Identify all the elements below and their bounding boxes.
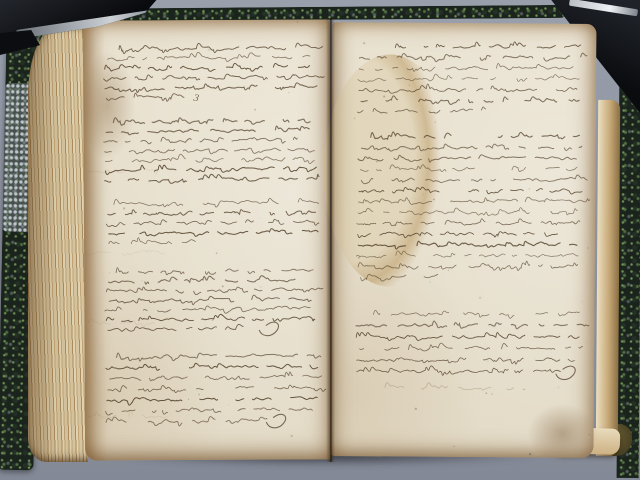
handwriting-line xyxy=(361,143,581,152)
handwriting-line xyxy=(556,366,575,380)
mount-arm-highlight xyxy=(568,0,638,16)
handwriting-line xyxy=(104,137,311,145)
foxing-speck xyxy=(358,257,360,259)
foxing-speck xyxy=(144,58,146,60)
handwriting-line xyxy=(361,173,587,185)
foxing-speck xyxy=(529,453,531,455)
foxing-speck xyxy=(529,188,531,190)
foxing-speck xyxy=(253,90,254,91)
foxing-speck xyxy=(208,49,210,51)
handwriting-line xyxy=(105,148,315,155)
foxing-speck xyxy=(123,207,125,209)
foxing-speck xyxy=(188,399,189,400)
handwriting-line xyxy=(88,318,154,327)
handwriting-line xyxy=(385,383,525,391)
foxing-speck xyxy=(448,270,450,272)
page-stack-fore-edge-left xyxy=(28,26,88,462)
foxing-speck xyxy=(141,280,144,283)
handwriting-line xyxy=(109,228,324,236)
handwriting-line xyxy=(361,274,438,282)
foxing-speck xyxy=(376,161,378,163)
book-cover-right xyxy=(617,72,640,478)
handwriting-right-page xyxy=(329,22,596,458)
foxing-speck xyxy=(183,319,184,320)
foxing-speck xyxy=(260,218,261,219)
handwriting-line xyxy=(109,275,313,284)
foxing-speck xyxy=(422,194,424,196)
handwriting-line xyxy=(113,117,314,125)
handwriting-line xyxy=(106,93,187,102)
foxing-speck xyxy=(441,122,442,123)
handwriting-line xyxy=(104,74,325,82)
handwriting-line xyxy=(359,62,578,72)
handwriting-line xyxy=(108,324,264,331)
foxing-speck xyxy=(122,359,124,361)
foxing-speck xyxy=(198,394,200,396)
foxing-speck xyxy=(209,304,210,305)
handwriting-line xyxy=(105,174,319,184)
foxing-speck xyxy=(291,435,293,437)
handwriting-line xyxy=(105,305,310,314)
handwriting-line xyxy=(106,416,272,426)
foxing-speck xyxy=(288,92,289,93)
page-block-fore-edge-right xyxy=(596,100,620,456)
foxing-speck xyxy=(483,145,484,146)
foxing-speck xyxy=(485,392,487,394)
foxing-speck xyxy=(383,95,385,97)
handwriting-line xyxy=(356,251,578,260)
handwriting-line xyxy=(359,52,587,63)
foxing-speck xyxy=(226,48,227,49)
foxing-speck xyxy=(283,50,285,52)
handwriting-line xyxy=(373,310,579,319)
handwriting-line xyxy=(119,43,325,54)
handwriting-line xyxy=(359,187,582,195)
handwriting-line xyxy=(361,96,579,106)
foxing-speck xyxy=(453,446,454,447)
handwriting-line xyxy=(106,363,318,371)
handwriting-line xyxy=(106,126,313,135)
foxing-speck xyxy=(254,109,256,111)
foxing-speck xyxy=(147,222,149,224)
foxing-speck xyxy=(491,393,493,395)
foxing-speck xyxy=(587,247,589,249)
handwriting-line xyxy=(86,250,165,256)
handwriting-left-page xyxy=(83,19,331,460)
book-gutter xyxy=(326,18,335,462)
foxing-speck xyxy=(228,404,229,405)
handwriting-line xyxy=(105,83,317,93)
handwriting-line xyxy=(358,240,577,250)
handwriting-line xyxy=(358,260,577,271)
foxing-speck xyxy=(293,357,294,358)
foxing-speck xyxy=(297,21,298,22)
handwriting-line xyxy=(259,322,278,336)
left-page: 3 xyxy=(83,19,331,460)
right-page xyxy=(329,22,596,458)
foxing-speck xyxy=(415,408,417,410)
foxing-speck xyxy=(363,42,365,44)
handwriting-line xyxy=(357,218,580,228)
foxing-speck xyxy=(211,319,213,321)
foxing-speck xyxy=(114,326,116,328)
handwriting-line xyxy=(358,154,577,163)
handwriting-line xyxy=(359,196,590,206)
handwriting-line xyxy=(358,73,579,83)
foxing-speck xyxy=(184,180,185,181)
foxing-speck xyxy=(479,296,482,299)
foxing-speck xyxy=(379,314,380,315)
handwriting-line xyxy=(395,41,580,49)
handwriting-line xyxy=(105,153,322,164)
foxing-speck xyxy=(581,301,582,302)
handwriting-line xyxy=(106,286,322,295)
handwriting-line xyxy=(108,385,326,394)
handwriting-line xyxy=(358,231,579,239)
foxing-speck xyxy=(268,211,271,214)
handwriting-line xyxy=(108,209,324,217)
handwriting-line xyxy=(360,342,583,352)
handwriting-line xyxy=(360,164,577,172)
foxing-speck xyxy=(429,281,431,283)
foxing-speck xyxy=(222,285,224,287)
handwriting-line xyxy=(358,206,577,216)
foxing-speck xyxy=(360,104,362,106)
handwriting-line xyxy=(107,397,317,406)
handwriting-line xyxy=(106,219,319,227)
foxing-speck xyxy=(216,252,218,254)
foxing-speck xyxy=(208,317,209,318)
handwriting-line xyxy=(116,267,313,275)
handwriting-line xyxy=(357,365,561,376)
foxing-speck xyxy=(354,117,356,119)
foxing-speck xyxy=(487,360,489,362)
manuscript-photo: 3 xyxy=(0,0,640,480)
handwriting-line xyxy=(105,164,316,174)
foxing-speck xyxy=(433,198,435,200)
handwriting-line xyxy=(106,314,315,322)
foxing-speck xyxy=(557,386,559,388)
handwriting-line xyxy=(359,84,577,95)
handwriting-line xyxy=(266,414,285,428)
handwriting-line xyxy=(109,237,196,244)
handwriting-line xyxy=(371,131,580,140)
foxing-speck xyxy=(559,333,560,334)
foxing-speck xyxy=(409,85,410,86)
handwriting-line xyxy=(107,52,309,62)
handwriting-line xyxy=(117,352,321,361)
foxing-speck xyxy=(259,285,262,288)
handwriting-line xyxy=(357,357,575,365)
foxing-speck xyxy=(363,103,364,104)
handwriting-line xyxy=(114,198,319,208)
handwriting-line xyxy=(356,332,579,342)
handwriting-line xyxy=(357,106,485,114)
foxing-speck xyxy=(588,434,590,436)
handwriting-line xyxy=(109,295,321,306)
handwriting-line xyxy=(88,411,173,418)
foxing-speck xyxy=(362,191,364,193)
foxing-speck xyxy=(434,121,436,123)
handwriting-line xyxy=(110,372,327,381)
handwriting-line xyxy=(105,63,310,72)
foxing-speck xyxy=(109,272,110,273)
handwriting-line xyxy=(356,321,589,330)
